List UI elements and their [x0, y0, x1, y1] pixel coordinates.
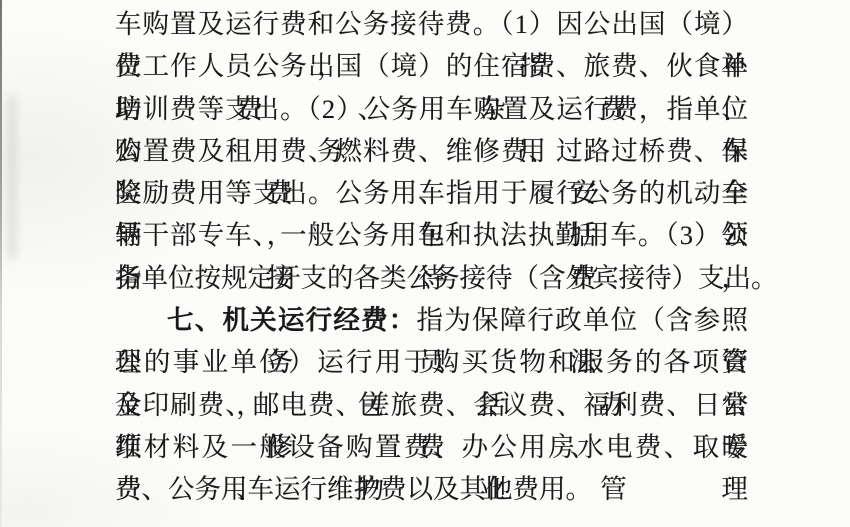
text-line: 车购置及运行费和公务接待费。（1）因公出国（境）费，指单 — [115, 3, 748, 45]
text-line: 理的事业单位）运行用于购买货物和服务的各项资金，包括办公 — [115, 341, 748, 383]
text-line: 位工作人员公务出国（境）的住宿费、旅费、伙食补助费、杂费、 — [115, 45, 748, 87]
text-line: 指单位按规定开支的各类公务接待（含外宾接待）支出。 — [115, 257, 748, 299]
text-line: 购置费及租用费、燃料费、维修费、过路过桥费、保险费、安全 — [115, 130, 748, 172]
document-page: 车购置及运行费和公务接待费。（1）因公出国（境）费，指单位工作人员公务出国（境）… — [115, 3, 748, 511]
text-line: 七、机关运行经费：指为保障行政单位（含参照公务员法管 — [115, 299, 748, 341]
text-line: 培训费等支出。（2）公务用车购置及运行费，指单位公务用车 — [115, 88, 748, 130]
section-heading: 七、机关运行经费： — [167, 305, 417, 335]
text-block: 车购置及运行费和公务接待费。（1）因公出国（境）费，指单位工作人员公务出国（境）… — [115, 3, 748, 511]
text-line: 奖励费用等支出。公务用车指用于履行公务的机动车辆，包括领 — [115, 172, 748, 214]
text-line: 项材料及一般设备购置费、办公用房水电费、取暖费、物业管理 — [115, 426, 748, 468]
text-line: 导干部专车、一般公务用车和执法执勤用车。（3）公务接待费， — [115, 214, 748, 256]
scan-smudge-artifact — [7, 95, 17, 260]
scan-edge-artifact — [0, 0, 2, 527]
text-line: 及印刷费、邮电费、差旅费、会议费、福利费、日常维修费、专 — [115, 384, 748, 426]
